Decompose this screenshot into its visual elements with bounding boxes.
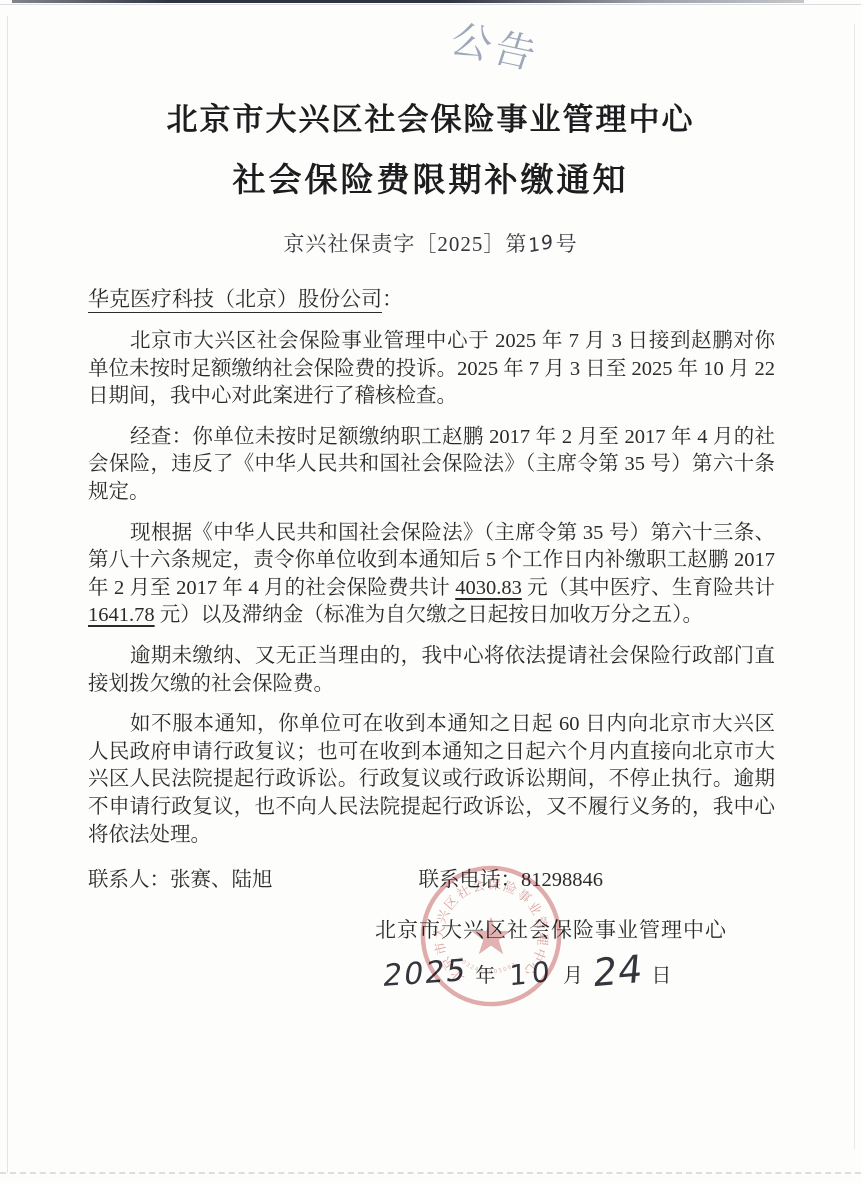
contact-line: 联系人：张赛、陆旭 联系电话：81298846 xyxy=(88,862,775,892)
paragraph-order-to-pay: 现根据《中华人民共和国社会保险法》（主席令第 35 号）第六十三条、第八十六条规… xyxy=(88,520,775,630)
recipient-line: 华克医疗科技（北京）股份公司： xyxy=(88,283,775,313)
date-year-handwritten: 2025 xyxy=(381,952,470,993)
doc-number-prefix: 京兴社保责字［2025］第 xyxy=(283,232,527,256)
page-title-subject: 社会保险费限期补缴通知 xyxy=(0,154,861,201)
paragraph-text: 经查：你单位未按时足额缴纳职工赵鹏 2017 年 2 月至 2017 年 4 月… xyxy=(88,426,775,503)
signature-org: 北京市大兴区社会保险事业管理中心 xyxy=(375,914,861,944)
date-day-handwritten: 24 xyxy=(591,947,645,996)
contact-person-label: 联系人： xyxy=(88,869,170,891)
contact-phone-number: 81298846 xyxy=(521,869,603,891)
paragraph-overdue-consequence: 逾期未缴纳、又无正当理由的，我中心将依法提请社会保险行政部门直接划拨欠缴的社会保… xyxy=(88,643,775,698)
date-month-handwritten: 10 xyxy=(509,954,554,992)
date-line: 2025 年 10 月 24 日 xyxy=(383,950,861,996)
recipient-colon: ： xyxy=(382,287,403,311)
date-month-unit: 月 xyxy=(563,959,583,988)
paragraph-text: 如不服本通知，你单位可在收到本通知之日起 60 日内向北京市大兴区人民政府申请行… xyxy=(88,713,775,845)
contact-phone: 联系电话：81298846 xyxy=(419,862,604,892)
scan-artifact-left-edge xyxy=(7,16,8,1173)
amount-total: 4030.83 xyxy=(455,577,522,599)
scanned-document-page: 公告 北京市大兴区社会保险事业管理中心 社会保险费限期补缴通知 京兴社保责字［2… xyxy=(0,0,861,1183)
scan-artifact-top-hairline xyxy=(0,4,861,5)
document-header: 北京市大兴区社会保险事业管理中心 社会保险费限期补缴通知 京兴社保责字［2025… xyxy=(0,0,861,258)
paragraph-text: 逾期未缴纳、又无正当理由的，我中心将依法提请社会保险行政部门直接划拨欠缴的社会保… xyxy=(88,645,775,695)
recipient-company: 华克医疗科技（北京）股份公司 xyxy=(88,287,382,313)
paragraph-appeal-rights: 如不服本通知，你单位可在收到本通知之日起 60 日内向北京市大兴区人民政府申请行… xyxy=(88,711,775,849)
page-title-org: 北京市大兴区社会保险事业管理中心 xyxy=(0,94,861,139)
paragraph-text: 北京市大兴区社会保险事业管理中心于 2025 年 7 月 3 日接到赵鹏对你单位… xyxy=(88,330,775,407)
paragraph-text: 元）以及滞纳金（标准为自欠缴之日起按日加收万分之五）。 xyxy=(155,604,703,626)
doc-number-suffix: 号 xyxy=(556,232,578,256)
contact-phone-label: 联系电话： xyxy=(419,869,522,891)
paragraph-findings: 经查：你单位未按时足额缴纳职工赵鹏 2017 年 2 月至 2017 年 4 月… xyxy=(88,424,775,507)
scan-artifact-bottom-edge xyxy=(0,1172,861,1174)
document-body: 北京市大兴区社会保险事业管理中心于 2025 年 7 月 3 日接到赵鹏对你单位… xyxy=(88,328,775,849)
amount-medical-maternity: 1641.78 xyxy=(88,604,155,626)
doc-number-handwritten: 19 xyxy=(528,231,555,258)
paragraph-complaint-received: 北京市大兴区社会保险事业管理中心于 2025 年 7 月 3 日接到赵鹏对你单位… xyxy=(88,328,775,411)
contact-gap xyxy=(273,862,419,892)
document-number: 京兴社保责字［2025］第19号 xyxy=(0,228,861,258)
contact-person: 联系人：张赛、陆旭 xyxy=(88,862,273,892)
contact-person-names: 张赛、陆旭 xyxy=(170,869,273,891)
date-day-unit: 日 xyxy=(651,959,671,988)
paragraph-text: 元（其中医疗、生育险共计 xyxy=(522,577,775,599)
scan-artifact-right-edge xyxy=(854,24,855,1149)
date-year-unit: 年 xyxy=(475,959,495,988)
scan-artifact-top-edge xyxy=(12,0,804,3)
